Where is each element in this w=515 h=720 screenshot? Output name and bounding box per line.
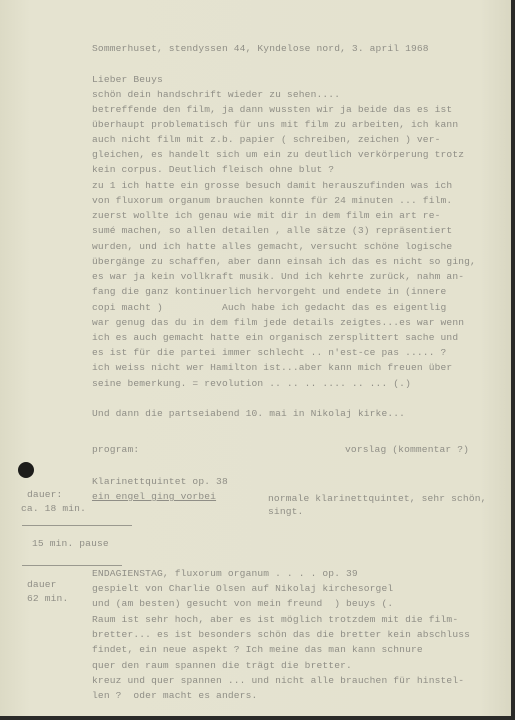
body-line: übergänge zu schaffen, aber dann einsah … <box>92 256 476 267</box>
item2-line: und (am besten) gesucht von mein freund … <box>92 598 393 609</box>
item2-duration: 62 min. <box>27 593 68 604</box>
item1-duration-label: dauer: <box>27 489 62 500</box>
item1-title: Klarinettquintet op. 38 <box>92 476 228 487</box>
letter-header: Sommerhuset, stendyssen 44, Kyndelose no… <box>92 43 429 54</box>
body-line: schön dein handschrift wieder zu sehen..… <box>92 89 340 100</box>
body-line: war genug das du in dem film jede detail… <box>92 317 464 328</box>
salutation: Lieber Beuys <box>92 74 163 85</box>
punch-hole-top <box>18 462 34 478</box>
item2-line: ENDAGIENSTAG, fluxorum organum . . . . o… <box>92 568 358 579</box>
body-line: sumé machen, so allen detailen , alle sä… <box>92 225 452 236</box>
item1-duration: ca. 18 min. <box>21 503 86 514</box>
body-line: betreffende den film, ja dann wussten wi… <box>92 104 452 115</box>
body-line: überhaupt problematisch für uns mit film… <box>92 119 458 130</box>
body-line: zuerst wollte ich genau wie mit dir in d… <box>92 210 441 221</box>
item1-subtitle: ein engel ging vorbei <box>92 491 216 502</box>
body-line: copi macht ) Auch habe ich gedacht das e… <box>92 302 446 313</box>
comment-header: vorslag (kommentar ?) <box>345 444 469 455</box>
item2-line: len ? oder macht es anders. <box>92 690 257 701</box>
body-line: wurden, und ich hatte alles gemacht, ver… <box>92 241 452 252</box>
body-line: ich es auch gemacht hatte ein organisch … <box>92 332 458 343</box>
item2-line: gespielt von Charlie Olsen auf Nikolaj k… <box>92 583 393 594</box>
item2-line: kreuz und quer spannen ... und nicht all… <box>92 675 464 686</box>
item2-line: Raum ist sehr hoch, aber es ist möglich … <box>92 614 458 625</box>
pause-label: 15 min. pause <box>32 538 109 549</box>
program-header: program: <box>92 444 139 455</box>
body-line: auch nicht film mit z.b. papier ( schrei… <box>92 134 441 145</box>
body-line: es war ja kein vollkraft musik. Und ich … <box>92 271 464 282</box>
divider <box>22 565 122 566</box>
item1-comment-2: singt. <box>268 506 303 517</box>
item1-comment-1: normale klarinettquintet, sehr schön, <box>268 493 487 504</box>
closing-line: Und dann die partseiabend 10. mai in Nik… <box>92 408 405 419</box>
body-line: ich weiss nicht wer Hamilton ist...aber … <box>92 362 452 373</box>
body-line: von fluxorum organum brauchen konnte für… <box>92 195 452 206</box>
body-line: gleichen, es handelt sich um ein zu deut… <box>92 149 464 160</box>
body-line: seine bemerkung. = revolution .. .. .. .… <box>92 378 411 389</box>
body-line: zu 1 ich hatte ein grosse besuch damit h… <box>92 180 452 191</box>
item2-line: quer den raum spannen die trägt die bret… <box>92 660 352 671</box>
divider <box>22 525 132 526</box>
body-line: es ist für die partei immer schlecht .. … <box>92 347 446 358</box>
item2-duration-label: dauer <box>27 579 57 590</box>
item2-line: bretter... es ist besonders schön das di… <box>92 629 470 640</box>
letter-page: Sommerhuset, stendyssen 44, Kyndelose no… <box>0 0 511 716</box>
body-line: fang die ganz kontinuerlich hervorgeht u… <box>92 286 446 297</box>
body-line: kein corpus. Deutlich fleisch ohne blut … <box>92 164 334 175</box>
item2-line: findet, ein neue aspekt ? Ich meine das … <box>92 644 423 655</box>
